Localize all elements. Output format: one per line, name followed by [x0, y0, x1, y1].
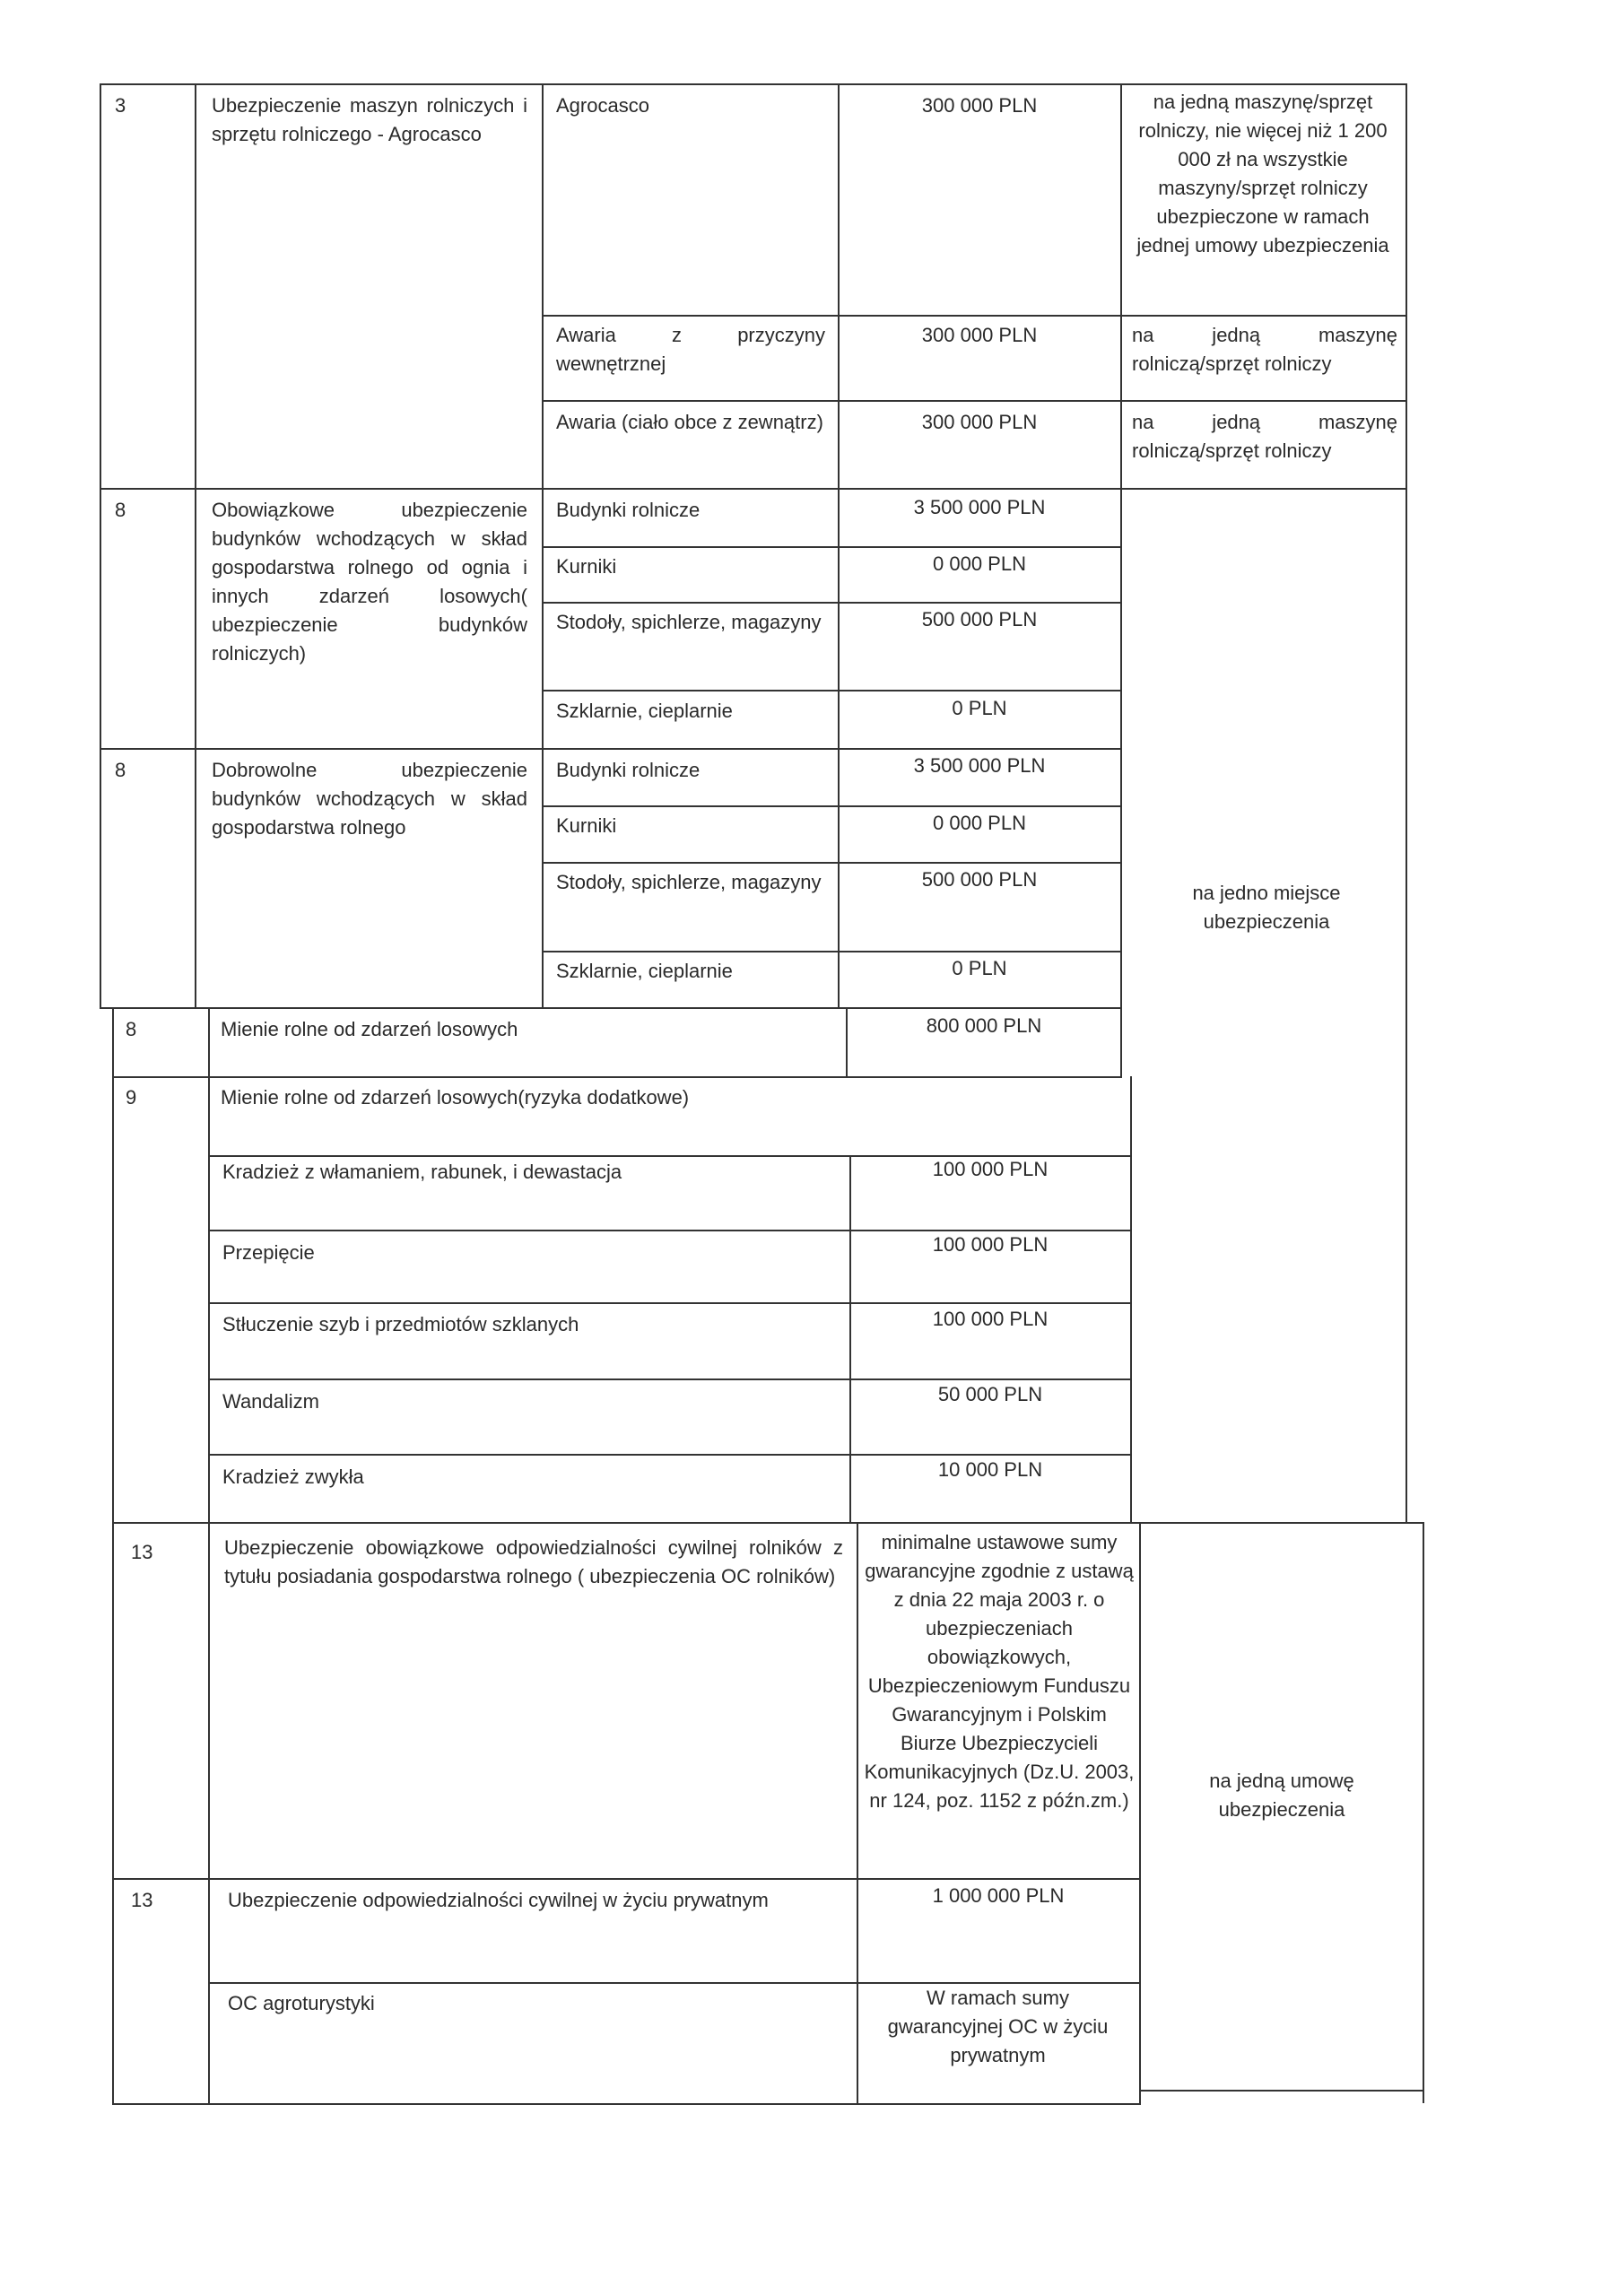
sub-label: Wandalizm	[222, 1387, 319, 1416]
sum-value: 500 000 PLN	[840, 865, 1119, 894]
sum-value: 50 000 PLN	[851, 1380, 1129, 1409]
sum-value: W ramach sumy gwarancyjnej OC w życiu pr…	[870, 1984, 1126, 2070]
limit-note: na jedną maszynę/sprzęt rolniczy, nie wi…	[1128, 88, 1397, 260]
sub-label: Przepięcie	[222, 1239, 315, 1267]
sum-value: minimalne ustawowe sumy gwarancyjne zgod…	[861, 1528, 1137, 1815]
row-number: 3	[115, 91, 126, 120]
sum-value: 100 000 PLN	[851, 1155, 1129, 1184]
sub-label: Stodoły, spichlerze, magazyny	[556, 868, 825, 897]
row-number: 8	[126, 1015, 136, 1044]
row-number: 9	[126, 1083, 136, 1112]
sub-label: Szklarnie, cieplarnie	[556, 697, 733, 726]
sum-value: 800 000 PLN	[848, 1012, 1120, 1040]
sum-value: 10 000 PLN	[851, 1456, 1129, 1484]
sum-value: 3 500 000 PLN	[840, 493, 1119, 522]
insurance-name: Mienie rolne od zdarzeń losowych	[221, 1015, 518, 1044]
sum-value: 100 000 PLN	[851, 1231, 1129, 1259]
sum-value: 100 000 PLN	[851, 1305, 1129, 1334]
insurance-name: Obowiązkowe ubezpieczenie budynków wchod…	[212, 496, 527, 668]
limit-note: na jedną maszynę rolniczą/sprzęt rolnicz…	[1132, 321, 1397, 378]
sub-label: Kradzież z włamaniem, rabunek, i dewasta…	[222, 1158, 622, 1187]
sum-value: 300 000 PLN	[840, 91, 1119, 120]
sub-label: Stodoły, spichlerze, magazyny	[556, 608, 825, 637]
sub-label: OC agroturystyki	[228, 1989, 375, 2018]
row-number: 13	[131, 1886, 152, 1915]
row-number: 8	[115, 756, 126, 785]
sum-value: 0 000 PLN	[840, 550, 1119, 578]
insurance-name: Dobrowolne ubezpieczenie budynków wchodz…	[212, 756, 527, 842]
sub-label: Awaria (ciało obce z zewnątrz)	[556, 408, 825, 437]
sum-value: 3 500 000 PLN	[840, 752, 1119, 780]
sub-label: Stłuczenie szyb i przedmiotów szklanych	[222, 1310, 579, 1339]
insurance-name: Mienie rolne od zdarzeń losowych(ryzyka …	[221, 1083, 689, 1112]
sum-value: 0 PLN	[840, 694, 1119, 723]
sub-label: Budynki rolnicze	[556, 496, 700, 525]
limit-note: na jedną umowę ubezpieczenia	[1144, 1767, 1419, 1824]
limit-note: na jedno miejsce ubezpieczenia	[1132, 879, 1401, 936]
sub-label: Kurniki	[556, 812, 616, 840]
row-number: 13	[131, 1538, 152, 1567]
insurance-name: Ubezpieczenie maszyn rolniczych i sprzęt…	[212, 91, 527, 149]
insurance-name: Ubezpieczenie odpowiedzialności cywilnej…	[228, 1886, 769, 1915]
sum-value: 500 000 PLN	[840, 605, 1119, 634]
sum-value: 300 000 PLN	[840, 321, 1119, 350]
sub-label: Szklarnie, cieplarnie	[556, 957, 733, 986]
sub-label: Kradzież zwykła	[222, 1463, 364, 1492]
sub-label: Agrocasco	[556, 91, 825, 120]
sum-value: 300 000 PLN	[840, 408, 1119, 437]
insurance-name: Ubezpieczenie obowiązkowe odpowiedzialno…	[224, 1534, 843, 1591]
sum-value: 0 PLN	[840, 954, 1119, 983]
limit-note: na jedną maszynę rolniczą/sprzęt rolnicz…	[1132, 408, 1397, 465]
sub-label: Awaria z przyczyny wewnętrznej	[556, 321, 825, 378]
sum-value: 1 000 000 PLN	[858, 1882, 1138, 1910]
sum-value: 0 000 PLN	[840, 809, 1119, 838]
sub-label: Budynki rolnicze	[556, 756, 700, 785]
sub-label: Kurniki	[556, 552, 616, 581]
row-number: 8	[115, 496, 126, 525]
